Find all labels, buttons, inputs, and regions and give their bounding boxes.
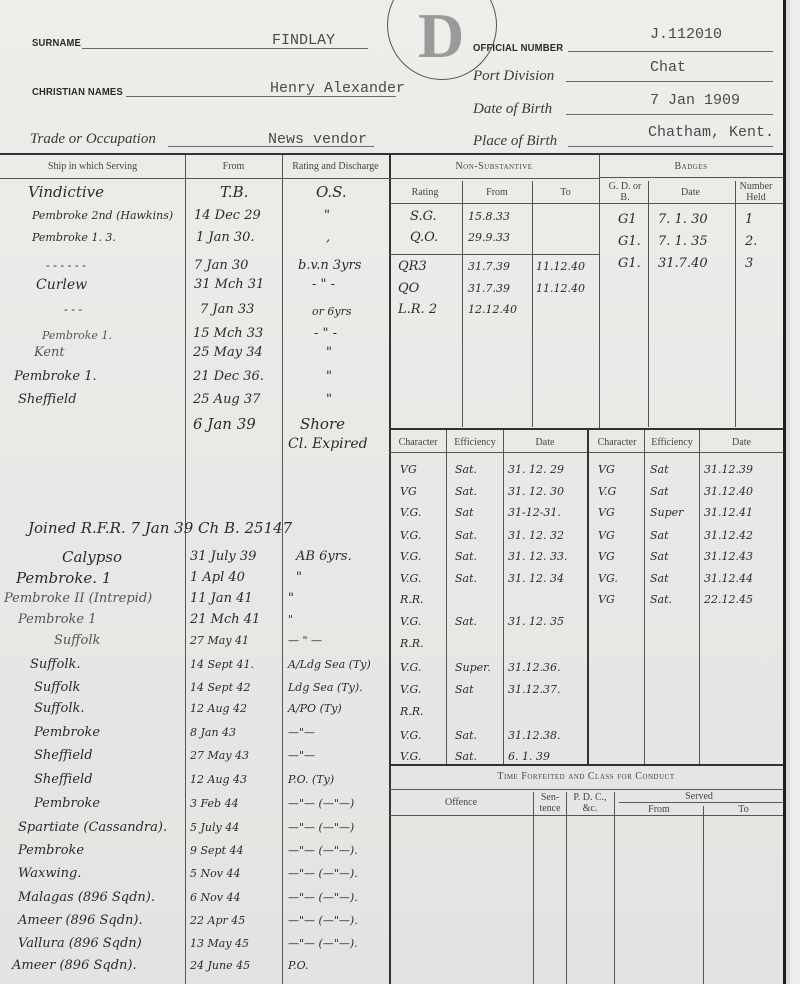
char-header-date: Date (504, 437, 586, 448)
char-efficiency-cell: Sat (650, 484, 669, 500)
conduct-col-served (614, 792, 615, 984)
badge-gdb-cell: G1. (618, 234, 641, 250)
ship-cell: - - - - - - (46, 258, 86, 274)
char-character-cell: VG (598, 528, 615, 544)
nonsub-header-from: From (462, 187, 532, 198)
rating-cell: " (326, 345, 332, 361)
rating-cell: A/Ldg Sea (Ty) (288, 657, 371, 673)
nonsub-rating-cell: L.R. 2 (398, 302, 437, 318)
ship-cell: Calypso (62, 549, 122, 565)
from-cell: 12 Aug 42 (190, 701, 247, 717)
char-character-cell: V.G. (400, 505, 421, 521)
badges-col-date (648, 181, 649, 427)
ship-cell: Pembroke (34, 725, 100, 741)
char-date-cell: 31.12.42 (704, 528, 753, 544)
port-division-value: Chat (650, 59, 686, 76)
char-date-cell: 31.12.41 (704, 505, 753, 521)
conduct-title-underline (389, 789, 783, 790)
rating-cell: —"— (—"—). (288, 843, 358, 859)
dob-underline (566, 114, 773, 115)
char-date-cell: 31.12.38. (508, 728, 560, 744)
char-efficiency-cell: Sat. (455, 462, 477, 478)
char-character-cell: VG. (598, 571, 618, 587)
official-number-label: OFFICIAL NUMBER (473, 42, 563, 54)
from-cell: 21 Mch 41 (190, 612, 260, 628)
badges-title: Badges (599, 161, 783, 172)
ship-cell: Ameer (896 Sqdn). (18, 913, 143, 929)
char-efficiency-cell: Sat (455, 505, 474, 521)
rating-cell: " (296, 570, 302, 586)
rating-cell: —"— (—"—) (288, 796, 354, 812)
char-character-cell: VG (598, 592, 615, 608)
from-cell: T.B. (220, 184, 248, 200)
char-date-cell: 31.12.44 (704, 571, 753, 587)
badge-number-cell: 3 (745, 256, 753, 272)
rating-cell: P.O. (Ty) (288, 772, 334, 788)
surname-value: FINDLAY (272, 32, 335, 49)
char-character-cell: VG (598, 549, 615, 565)
char-efficiency-cell: Sat. (650, 592, 672, 608)
port-division-underline (566, 81, 773, 82)
rating-cell: — " — (288, 633, 322, 649)
badge-number-cell: 1 (745, 212, 753, 228)
char-date-cell: 31-12-31. (508, 505, 561, 521)
char-date-cell: 31.12.39 (704, 462, 753, 478)
char-efficiency-cell: Super. (455, 660, 491, 676)
char-character-cell: V.G. (400, 749, 421, 765)
conduct-title: Time Forfeited and Class for Conduct (389, 771, 783, 782)
rating-cell: —"— (—"—). (288, 913, 358, 929)
char-date-cell: 31. 12. 33. (508, 549, 567, 565)
char-efficiency-cell: Sat (650, 571, 669, 587)
ship-cell: Malagas (896 Sqdn). (18, 890, 155, 906)
nonsub-header-underline (389, 203, 783, 204)
from-cell: 22 Apr 45 (190, 913, 245, 929)
ship-cell: Pembroke 2nd (Hawkins) (32, 208, 173, 224)
ship-cell: Pembroke (18, 843, 84, 859)
char-character-cell: V.G. (400, 571, 421, 587)
char-efficiency-cell: Sat. (455, 614, 477, 630)
rating-cell: " (288, 612, 293, 628)
from-cell: 25 May 34 (193, 345, 263, 361)
char-header-efficiency: Efficiency (447, 437, 503, 448)
ship-cell: Kent (34, 345, 65, 361)
trade-value: News vendor (268, 131, 367, 148)
rating-cell: A/PO (Ty) (288, 701, 342, 717)
from-cell: 31 Mch 31 (194, 277, 264, 293)
badges-header-date: Date (648, 187, 733, 198)
rating-cell: - " - (312, 277, 335, 293)
from-cell: 21 Dec 36. (193, 369, 264, 385)
nonsub-from-cell: 29.9.33 (468, 230, 510, 246)
from-cell: 1 Jan 30. (196, 230, 255, 246)
conduct-top-divider (389, 764, 783, 766)
from-cell: 7 Jan 30 (194, 258, 248, 274)
official-number-value: J.112010 (650, 26, 722, 43)
from-cell: 6 Nov 44 (190, 890, 240, 906)
rating-cell: " (288, 591, 294, 607)
nonsub-to-cell: 11.12.40 (536, 259, 585, 275)
conduct-header-underline (389, 815, 783, 816)
from-cell: 6 Jan 39 (193, 416, 256, 432)
from-cell: 13 May 45 (190, 936, 249, 952)
char-efficiency-cell: Sat. (455, 549, 477, 565)
nonsub-rating-cell: QR3 (398, 259, 427, 275)
ship-cell: Vindictive (28, 184, 104, 200)
nonsub-rating-cell: S.G. (410, 209, 437, 225)
char-character-cell: V.G. (400, 549, 421, 565)
char-character-cell: V.G. (400, 528, 421, 544)
nonsub-header-to: To (532, 187, 599, 198)
from-cell: 24 June 45 (190, 958, 250, 974)
rating-cell: b.v.n 3yrs (298, 258, 361, 274)
rating-cell: or 6yrs (312, 304, 352, 320)
badge-date-cell: 7. 1. 35 (658, 234, 708, 250)
conduct-header-sentence: Sen- tence (534, 792, 566, 814)
badges-title-underline (599, 177, 783, 178)
rfr-note: Joined R.F.R. 7 Jan 39 Ch B. 25147 (28, 520, 292, 536)
char-date-cell: 31.12.43 (704, 549, 753, 565)
conduct-col-pdc (566, 792, 567, 984)
nonsub-rating-cell: Q.O. (410, 230, 438, 246)
ship-cell: Ameer (896 Sqdn). (12, 958, 137, 974)
nonsub-col-from (462, 181, 463, 427)
char-efficiency-cell: Super (650, 505, 683, 521)
badge-date-cell: 7. 1. 30 (658, 212, 708, 228)
official-number-underline (568, 51, 773, 52)
ship-cell: Pembroke II (Intrepid) (4, 591, 152, 607)
char-header-character: Character (391, 437, 445, 448)
nonsub-from-cell: 31.7.39 (468, 259, 510, 275)
ship-cell: Sheffield (34, 772, 93, 788)
char-character-cell: VG (598, 505, 615, 521)
ship-cell: Suffolk (34, 680, 80, 696)
service-header-underline (0, 178, 389, 179)
ship-cell: Waxwing. (18, 866, 81, 882)
from-cell: 9 Sept 44 (190, 843, 244, 859)
char-date-cell: 31.12.40 (704, 484, 753, 500)
rating-cell: " (326, 392, 332, 408)
char-col-date-2 (699, 430, 700, 764)
header-rating-discharge: Rating and Discharge (282, 161, 389, 172)
char-efficiency-cell: Sat. (455, 728, 477, 744)
rating-cell: " (324, 208, 330, 224)
service-record-sheet: D SURNAME FINDLAY CHRISTIAN NAMES Henry … (0, 0, 783, 984)
char-col-date (503, 430, 504, 764)
from-cell: 15 Mch 33 (193, 326, 263, 342)
char-col-mid (587, 430, 589, 764)
char-header-efficiency-2: Efficiency (645, 437, 699, 448)
from-cell: 11 Jan 41 (190, 591, 253, 607)
christian-names-label: CHRISTIAN NAMES (32, 86, 123, 98)
rating-cell: —"— (—"—) (288, 820, 354, 836)
surname-label: SURNAME (32, 37, 81, 49)
character-top-divider (389, 428, 783, 430)
from-cell: 25 Aug 37 (193, 392, 260, 408)
char-character-cell: VG (400, 462, 417, 478)
from-cell: 14 Dec 29 (194, 208, 261, 224)
from-cell: 27 May 43 (190, 748, 249, 764)
col-divider-rating (282, 155, 283, 984)
badge-number-cell: 2. (745, 234, 757, 250)
char-character-cell: V.G. (400, 660, 421, 676)
char-character-cell: V.G. (400, 728, 421, 744)
ship-cell: Pembroke 1. (14, 369, 97, 385)
rating-cell: , (326, 230, 330, 246)
rating-cell: Shore (300, 416, 345, 432)
ship-cell: Vallura (896 Sqdn) (18, 936, 142, 952)
from-cell: 1 Apl 40 (190, 570, 245, 586)
rating-cell: " (326, 369, 332, 385)
dob-label: Date of Birth (473, 101, 552, 118)
badges-header-gdb: G. D. or B. (604, 181, 646, 203)
char-efficiency-cell: Sat (455, 682, 474, 698)
nonsub-from-cell: 31.7.39 (468, 281, 510, 297)
char-character-cell: R.R. (400, 636, 424, 652)
char-header-underline (389, 452, 783, 453)
ship-cell: Spartiate (Cassandra). (18, 820, 167, 836)
char-character-cell: R.R. (400, 592, 424, 608)
conduct-header-served: Served (615, 791, 783, 802)
nonsub-to-cell: 11.12.40 (536, 281, 585, 297)
nonsub-rating-cell: QO (398, 281, 419, 297)
from-cell: 3 Feb 44 (190, 796, 239, 812)
char-efficiency-cell: Sat. (455, 571, 477, 587)
rating-cell: - " - (314, 326, 337, 342)
stamp-letter: D (418, 4, 464, 68)
char-col-eff-2 (644, 430, 645, 764)
rating-cell: P.O. (288, 958, 309, 974)
ship-cell: Pembroke 1. 3. (32, 230, 116, 246)
badge-gdb-cell: G1. (618, 256, 641, 272)
nonsub-col-to (532, 181, 533, 427)
rating-cell: AB 6yrs. (296, 549, 352, 565)
ship-cell: - - - (64, 302, 82, 318)
ship-cell: Suffolk (54, 633, 100, 649)
rating-cell: Ldg Sea (Ty). (288, 680, 363, 696)
ship-cell: Pembroke 1 (18, 612, 97, 628)
char-date-cell: 22.12.45 (704, 592, 753, 608)
char-character-cell: R.R. (400, 704, 424, 720)
conduct-header-offence: Offence (390, 797, 532, 808)
char-date-cell: 31. 12. 30 (508, 484, 564, 500)
from-cell: 27 May 41 (190, 633, 249, 649)
ship-cell: Suffolk. (30, 657, 80, 673)
nonsub-row-divider (389, 254, 599, 255)
char-date-cell: 31.12.36. (508, 660, 560, 676)
nonsub-from-cell: 12.12.40 (468, 302, 517, 318)
char-date-cell: 31. 12. 32 (508, 528, 564, 544)
ship-cell: Pembroke (34, 796, 100, 812)
christian-names-value: Henry Alexander (270, 80, 405, 97)
char-efficiency-cell: Sat (650, 528, 669, 544)
from-cell: 7 Jan 33 (200, 302, 254, 318)
char-character-cell: V.G. (400, 614, 421, 630)
char-character-cell: VG (400, 484, 417, 500)
rating-cell: —"— (288, 748, 315, 764)
rating-cell: —"— (—"—). (288, 866, 358, 882)
char-character-cell: V.G (598, 484, 616, 500)
char-header-date-2: Date (700, 437, 783, 448)
nonsub-title-underline (389, 178, 599, 179)
page-edge-light (790, 0, 800, 984)
char-efficiency-cell: Sat. (455, 484, 477, 500)
from-cell: 14 Sept 41. (190, 657, 254, 673)
nonsub-title: Non-Substantive (389, 161, 599, 172)
badge-gdb-cell: G1 (618, 212, 637, 228)
char-efficiency-cell: Sat. (455, 528, 477, 544)
badge-date-cell: 31.7.40 (658, 256, 708, 272)
badges-header-number: Number Held (734, 181, 778, 203)
header-from: From (185, 161, 282, 172)
badges-col-number (735, 181, 736, 427)
dob-value: 7 Jan 1909 (650, 92, 740, 109)
ship-cell: Sheffield (34, 748, 93, 764)
from-cell: 14 Sept 42 (190, 680, 251, 696)
conduct-col-to (703, 806, 704, 984)
pob-underline (568, 146, 773, 147)
header-ship: Ship in which Serving (0, 161, 185, 172)
ship-cell: Pembroke. 1 (16, 570, 111, 586)
ship-cell: Sheffield (18, 392, 77, 408)
nonsub-from-cell: 15.8.33 (468, 209, 510, 225)
char-character-cell: V.G. (400, 682, 421, 698)
from-cell: 5 July 44 (190, 820, 239, 836)
col-divider-main (389, 155, 391, 984)
pob-value: Chatham, Kent. (648, 124, 774, 141)
rating-cell: Cl. Expired (288, 436, 368, 452)
rating-cell: O.S. (316, 184, 347, 200)
ship-cell: Pembroke 1. (42, 328, 112, 344)
char-date-cell: 6. 1. 39 (508, 749, 550, 765)
pob-label: Place of Birth (473, 133, 557, 150)
char-date-cell: 31. 12. 29 (508, 462, 564, 478)
port-division-label: Port Division (473, 68, 554, 85)
conduct-col-sentence (533, 792, 534, 984)
char-efficiency-cell: Sat (650, 462, 669, 478)
from-cell: 31 July 39 (190, 549, 256, 565)
col-divider-from (185, 155, 186, 984)
nonsub-header-rating: Rating (389, 187, 461, 198)
from-cell: 5 Nov 44 (190, 866, 240, 882)
char-efficiency-cell: Sat. (455, 749, 477, 765)
from-cell: 12 Aug 43 (190, 772, 247, 788)
conduct-header-from: From (615, 804, 703, 815)
rating-cell: —"— (288, 725, 315, 741)
header-divider (0, 153, 783, 155)
char-date-cell: 31. 12. 35 (508, 614, 564, 630)
from-cell: 8 Jan 43 (190, 725, 236, 741)
rating-cell: —"— (—"—). (288, 936, 358, 952)
char-col-eff (446, 430, 447, 764)
char-date-cell: 31. 12. 34 (508, 571, 564, 587)
char-date-cell: 31.12.37. (508, 682, 560, 698)
char-character-cell: VG (598, 462, 615, 478)
trade-label: Trade or Occupation (30, 131, 156, 148)
rating-cell: —"— (—"—). (288, 890, 358, 906)
conduct-header-pdc: P. D. C., &c. (567, 792, 613, 814)
ship-cell: Curlew (36, 277, 87, 293)
badges-divider (599, 155, 600, 430)
char-efficiency-cell: Sat (650, 549, 669, 565)
char-header-character-2: Character (590, 437, 644, 448)
ship-cell: Suffolk. (34, 701, 84, 717)
served-underline (619, 802, 783, 803)
conduct-header-to: To (704, 804, 783, 815)
